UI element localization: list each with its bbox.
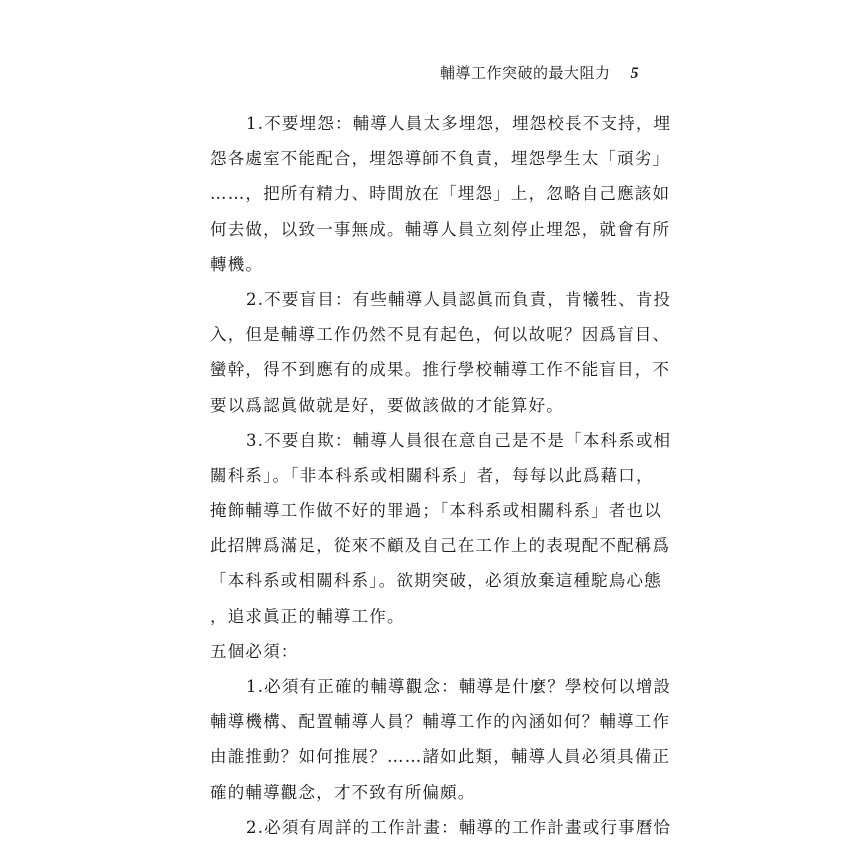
- text-line: 關科系」。「非本科系或相關科系」者，每每以此爲藉口，: [210, 458, 654, 493]
- page-body: 1.不要埋怨：輔導人員太多埋怨，埋怨校長不支持，埋 怨各處室不能配合，埋怨導師不…: [210, 106, 654, 845]
- text-line: ，追求眞正的輔導工作。: [210, 599, 654, 634]
- running-header: 輔導工作突破的最大阻力5: [440, 62, 639, 83]
- running-title: 輔導工作突破的最大阻力: [440, 64, 611, 82]
- text-line: 「本科系或相關科系」。欲期突破，必須放棄這種駝鳥心態: [210, 563, 654, 598]
- text-line: 2.必須有周詳的工作計畫：輔導的工作計畫或行事曆恰: [210, 810, 654, 845]
- text-line: 怨各處室不能配合，埋怨導師不負責，埋怨學生太「頑劣」: [210, 141, 654, 176]
- text-line: 轉機。: [210, 247, 654, 282]
- text-line: 要以爲認眞做就是好，要做該做的才能算好。: [210, 388, 654, 423]
- section-heading: 五個必須：: [210, 634, 654, 669]
- text-line: ……，把所有精力、時間放在「埋怨」上，忽略自己應該如: [210, 176, 654, 211]
- text-line: 確的輔導觀念，才不致有所偏頗。: [210, 775, 654, 810]
- text-line: 入，但是輔導工作仍然不見有起色，何以故呢？因爲盲目、: [210, 317, 654, 352]
- text-line: 蠻幹，得不到應有的成果。推行學校輔導工作不能盲目，不: [210, 352, 654, 387]
- text-line: 1.必須有正確的輔導觀念：輔導是什麼？學校何以增設: [210, 669, 654, 704]
- text-line: 2.不要盲目：有些輔導人員認眞而負責，肯犧牲、肯投: [210, 282, 654, 317]
- text-line: 3.不要自欺：輔導人員很在意自己是不是「本科系或相: [210, 423, 654, 458]
- text-line: 何去做，以致一事無成。輔導人員立刻停止埋怨，就會有所: [210, 212, 654, 247]
- text-line: 掩飾輔導工作做不好的罪過；「本科系或相關科系」者也以: [210, 493, 654, 528]
- text-line: 此招牌爲滿足，從來不顧及自己在工作上的表現配不配稱爲: [210, 528, 654, 563]
- text-line: 1.不要埋怨：輔導人員太多埋怨，埋怨校長不支持，埋: [210, 106, 654, 141]
- page-number: 5: [631, 65, 640, 82]
- text-line: 輔導機構、配置輔導人員？輔導工作的內涵如何？輔導工作: [210, 704, 654, 739]
- text-line: 由誰推動？如何推展？……諸如此類，輔導人員必須具備正: [210, 739, 654, 774]
